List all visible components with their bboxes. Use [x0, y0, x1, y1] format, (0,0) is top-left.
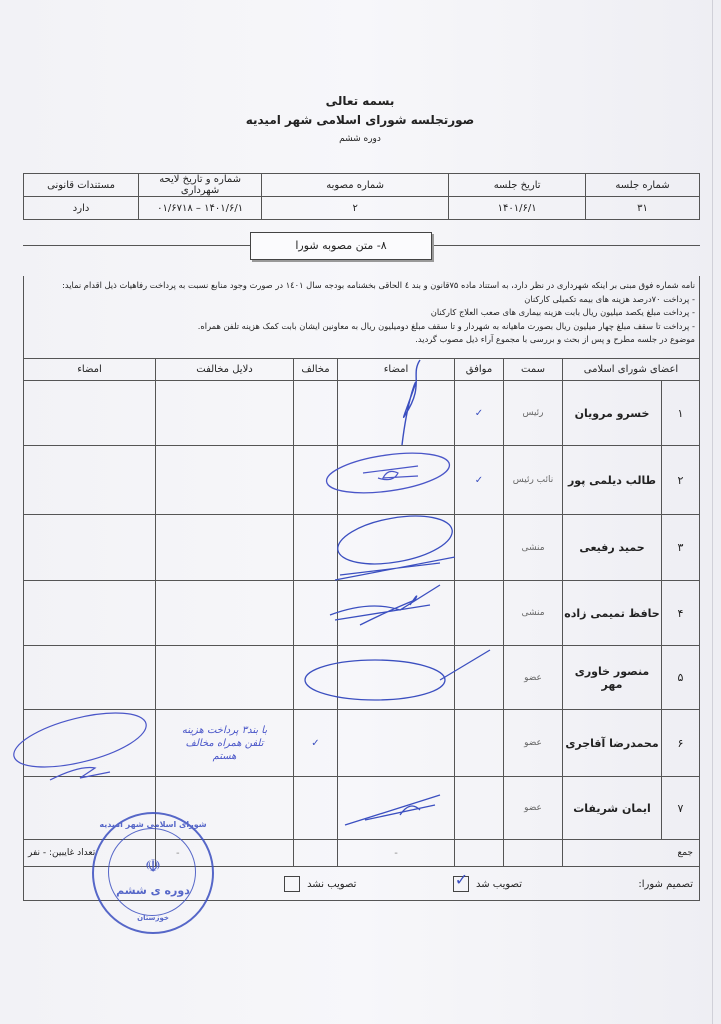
emblem-icon: ☫	[94, 856, 212, 877]
signature-2-cell	[24, 646, 156, 710]
member-name: حمید رفیعی	[563, 515, 662, 581]
resolution-line: نامه شماره فوق مبنی بر اینکه شهرداری در …	[28, 279, 695, 293]
signature-4-icon	[320, 580, 450, 630]
total-title	[504, 840, 563, 867]
oppose-cell	[294, 381, 338, 446]
member-title: عضو	[504, 646, 563, 710]
member-title: نائب رئیس	[504, 446, 563, 515]
signature-cell	[338, 710, 455, 777]
member-name: حافظ تمیمی زاده	[563, 581, 662, 646]
banner-line-left	[23, 245, 250, 246]
member-name: خسرو مرویان	[563, 381, 662, 446]
resolution-line: - پرداخت مبلغ یکصد میلیون ریال بابت هزین…	[28, 306, 695, 320]
signature-5-icon	[300, 640, 500, 710]
reasons-cell	[156, 381, 294, 446]
approve-checkmark: ✓	[455, 381, 504, 446]
resolution-line: - پرداخت تا سقف مبلغ چهار میلیون ریال بص…	[28, 320, 695, 334]
approved-checkbox[interactable]: ✓	[453, 876, 469, 892]
reasons-cell	[156, 446, 294, 515]
approve-checkmark	[455, 515, 504, 581]
col-session-date: تاریخ جلسه	[449, 174, 586, 197]
signature-2-cell	[24, 381, 156, 446]
reasons-cell	[156, 515, 294, 581]
scan-edge	[712, 0, 713, 1024]
signature-7-icon	[340, 780, 450, 830]
oppose-cell	[294, 777, 338, 840]
member-number: ۷	[662, 777, 700, 840]
col-legal-basis: مستندات قانونی	[24, 174, 139, 197]
members-header-row: اعضای شورای اسلامی سمت موافق امضاء مخالف…	[24, 359, 700, 381]
municipal-bill: ۱۴۰۱/۶/۱ – ۰۱/۶۷۱۸	[139, 197, 262, 220]
signature-2-cell	[24, 446, 156, 515]
total-approve	[455, 840, 504, 867]
total-oppose	[294, 840, 338, 867]
decision-label: تصمیم شورا:	[638, 879, 693, 890]
session-number: ۳۱	[586, 197, 700, 220]
member-number: ۶	[662, 710, 700, 777]
approve-checkmark	[455, 710, 504, 777]
oppose-checkmark: ✓	[294, 710, 338, 777]
banner-line-right	[431, 245, 700, 246]
member-title: عضو	[504, 710, 563, 777]
rejected-option: تصویب نشد	[307, 879, 356, 890]
opposition-reason: با بند۳ پرداخت هزینه تلفن همراه مخالف هس…	[156, 710, 294, 777]
resolution-line: - پرداخت ۷۰درصد هزینه های بیمه تکمیلی کا…	[28, 293, 695, 307]
signature-2-icon	[318, 448, 448, 498]
member-name: طالب دیلمی پور	[563, 446, 662, 515]
signature-1-icon	[380, 355, 440, 450]
col-title: سمت	[504, 359, 563, 381]
approved-option: تصویب شد	[476, 879, 522, 890]
resolution-line: موضوع در جلسه مطرح و پس از بحث و بررسی ب…	[28, 333, 695, 347]
term-label: دوره ششم	[280, 134, 440, 144]
col-resolution-number: شماره مصوبه	[262, 174, 449, 197]
resolution-text: نامه شماره فوق مبنی بر اینکه شهرداری در …	[23, 276, 700, 358]
legal-basis: دارد	[24, 197, 139, 220]
meta-value-row: ۳۱ ۱۴۰۱/۶/۱ ۲ ۱۴۰۱/۶/۱ – ۰۱/۶۷۱۸ دارد	[24, 197, 700, 220]
stamp-bottom-text: خوزستان	[94, 914, 212, 922]
reasons-cell	[156, 646, 294, 710]
signature-2-cell	[24, 581, 156, 646]
meta-header-row: شماره جلسه تاریخ جلسه شماره مصوبه شماره …	[24, 174, 700, 197]
col-approve: موافق	[455, 359, 504, 381]
member-name: محمدرضا آقاجری	[563, 710, 662, 777]
total-signature: -	[338, 840, 455, 867]
member-title: رئیس	[504, 381, 563, 446]
stamp-top-text: شورای اسلامی شهر امیدیه	[94, 820, 212, 829]
col-members: اعضای شورای اسلامی	[563, 359, 700, 381]
member-name: ایمان شریفات	[563, 777, 662, 840]
col-municipal-bill: شماره و تاریخ لایحه شهرداری	[139, 174, 262, 197]
resolution-number: ۲	[262, 197, 449, 220]
col-signature-2: امضاء	[24, 359, 156, 381]
col-oppose: مخالف	[294, 359, 338, 381]
member-number: ۳	[662, 515, 700, 581]
rejected-checkbox[interactable]	[284, 876, 300, 892]
member-number: ۵	[662, 646, 700, 710]
approve-checkmark	[455, 777, 504, 840]
document-title: صورتجلسه شورای اسلامی شهر امیدیه	[220, 113, 500, 127]
reasons-cell	[156, 581, 294, 646]
member-row: ۱ خسرو مرویان رئیس ✓	[24, 381, 700, 446]
member-number: ۲	[662, 446, 700, 515]
session-date: ۱۴۰۱/۶/۱	[449, 197, 586, 220]
member-title: منشی	[504, 581, 563, 646]
signature-6-icon	[20, 710, 155, 790]
resolution-banner: ۸- متن مصوبه شورا	[250, 232, 432, 260]
member-number: ۴	[662, 581, 700, 646]
member-number: ۱	[662, 381, 700, 446]
signature-3-icon	[330, 515, 460, 585]
approve-checkmark: ✓	[455, 446, 504, 515]
col-session-number: شماره جلسه	[586, 174, 700, 197]
total-label: جمع	[563, 840, 700, 867]
invocation: بسمه تعالی	[260, 94, 460, 108]
document-page: بسمه تعالی صورتجلسه شورای اسلامی شهر امی…	[0, 0, 721, 1024]
stamp-center-text: دوره ی ششم	[94, 884, 212, 897]
member-title: منشی	[504, 515, 563, 581]
col-reasons: دلایل مخالفت	[156, 359, 294, 381]
meta-table: شماره جلسه تاریخ جلسه شماره مصوبه شماره …	[23, 173, 700, 220]
signature-2-cell	[24, 515, 156, 581]
checkmark-icon: ✓	[455, 870, 468, 889]
council-stamp: شورای اسلامی شهر امیدیه ☫ دوره ی ششم خوز…	[92, 812, 214, 934]
member-title: عضو	[504, 777, 563, 840]
approve-checkmark	[455, 581, 504, 646]
member-name: منصور خاوری مهر	[563, 646, 662, 710]
